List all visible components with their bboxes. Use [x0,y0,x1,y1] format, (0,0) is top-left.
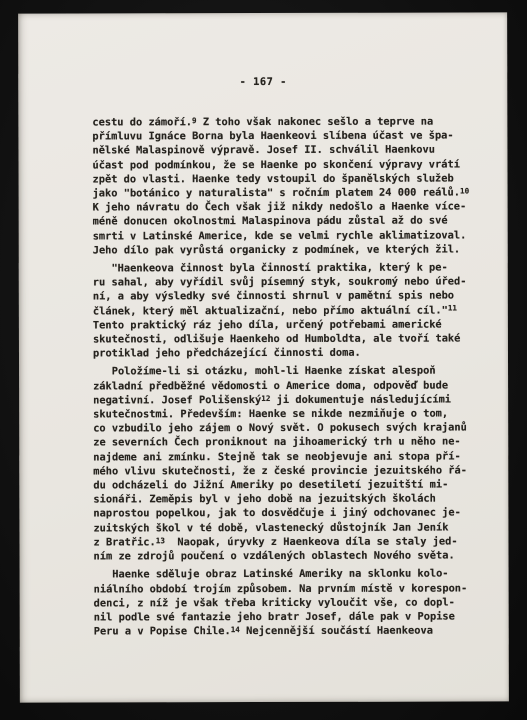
text-line: sionáři. Zeměpis byl v jeho době na jezu… [93,492,477,507]
text-line: mého vlivu skutečnosti, že z české provi… [93,463,477,478]
text-line: účast pod podmínkou, že se Haenke po sko… [92,157,476,172]
text-line: Peru a v Popise Chile.14 Nejcennější sou… [94,624,478,639]
text-line: článek, který měl aktualizační, nebo pří… [93,303,477,318]
text-line: ní, a aby výsledky své činnosti shrnul v… [93,289,477,304]
text-block: cestu do zámoří.9 Z toho však nakonec se… [92,114,477,638]
paragraph: "Haenkeova činnost byla činností praktik… [93,260,477,360]
text-line: cestu do zámoří.9 Z toho však nakonec se… [92,114,476,129]
text-line: denci, z níž je však třeba kriticky vylo… [94,595,478,610]
text-line: protiklad jeho předcházející činnosti do… [93,346,477,361]
text-line: základní předběžné vědomosti o Americe d… [93,378,477,393]
footnote-ref: 13 [156,536,165,545]
text-line: smrti v Latinské Americe, kde se velmi r… [93,228,477,243]
text-line: ze severních Čech proniknout na jihoamer… [93,435,477,450]
text-line: skutečnosti, odlišuje Haenkeho od Humbol… [93,331,477,346]
paragraph: Haenke sděluje obraz Latinské Ameriky na… [94,567,478,639]
text-line: co vzbudilo jeho zájem o Nový svět. O po… [93,421,477,436]
text-line: přímluvu Ignáce Borna byla Haenkeovi slí… [92,129,476,144]
text-line: nělské Malaspinově výpravě. Josef II. sc… [92,143,476,158]
text-line: zuitských škol v té době, vlastenecký dů… [93,520,477,535]
text-line: z Bratřic.13 Naopak, úryvky z Haenkeova … [93,534,477,549]
footnote-ref: 12 [261,394,270,403]
paragraph: Položíme-li si otázku, mohl-li Haenke zí… [93,364,478,564]
text-line: skutečnostmi. Především: Haenke se nikde… [93,407,477,422]
footnote-ref: 9 [192,116,197,125]
text-line: Položíme-li si otázku, mohl-li Haenke zí… [93,364,477,379]
text-line: "Haenkeova činnost byla činností praktik… [93,260,477,275]
text-line: ru sahal, aby vyřídil svůj písemný styk,… [93,275,477,290]
text-line: nil podle své fantazie jeho bratr Josef,… [94,609,478,624]
paragraph: cestu do zámoří.9 Z toho však nakonec se… [92,114,476,257]
footnote-ref: 11 [448,304,457,313]
text-line: méně donucen okolnostmi Malaspinova pádu… [93,214,477,229]
text-line: najdeme ani zmínku. Stejně tak se neobje… [93,449,477,464]
text-line: Haenke sděluje obraz Latinské Ameriky na… [94,567,478,582]
text-line: zpět do vlasti. Haenke tedy vstoupil do … [93,171,477,186]
footnote-ref: 14 [231,625,240,634]
text-line: Tento praktický ráz jeho díla, určený po… [93,317,477,332]
footnote-ref: 10 [460,186,469,195]
text-line: jako "botánico y naturalista" s ročním p… [93,185,477,200]
page-number: - 167 - [72,74,454,89]
scan-background: - 167 - cestu do zámoří.9 Z toho však na… [0,0,527,720]
paper-page: - 167 - cestu do zámoří.9 Z toho však na… [18,12,509,702]
text-line: du odcházeli do Jižní Ameriky po desetil… [93,478,477,493]
text-line: K jeho návratu do Čech však již nikdy ne… [93,200,477,215]
text-line: naprostou popelkou, jak to dosvědčuje i … [93,506,477,521]
text-line: ním ze zdrojů poučení o vzdálených oblas… [94,549,478,564]
text-line: Jeho dílo pak vyrůstá organicky z podmín… [93,242,477,257]
text-line: negativní. Josef Polišenský12 ji dokumen… [93,392,477,407]
text-line: niálního období trojím způsobem. Na prvn… [94,581,478,596]
